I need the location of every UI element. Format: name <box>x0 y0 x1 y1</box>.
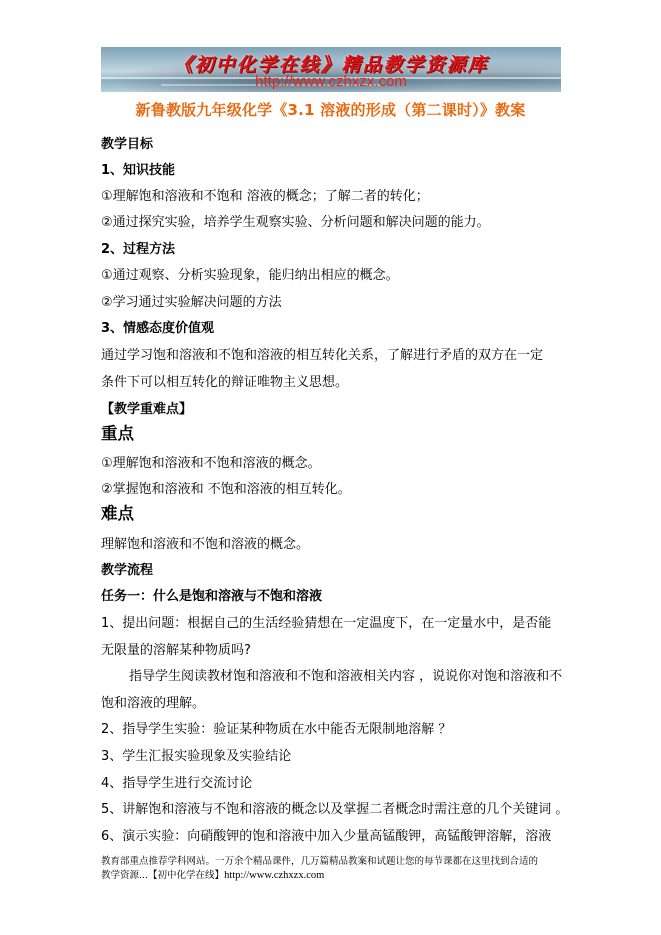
process-item: ②学习通过实验解决问题的方法 <box>101 295 282 311</box>
document-title: 新鲁教版九年级化学《3.1 溶液的形成（第二课时）》教案 <box>0 99 661 120</box>
attitude-text: 条件下可以相互转化的辩证唯物主义思想。 <box>101 375 348 391</box>
footer-promo-line2: 教学资源...【初中化学在线】http://www.czhxzx.com <box>101 870 324 882</box>
footer-link[interactable]: http://www.czhxzx.com <box>224 870 324 881</box>
task1-heading: 任务一：什么是饱和溶液与不饱和溶液 <box>101 589 322 605</box>
step-line: 5、讲解饱和溶液与不饱和溶液的概念以及掌握二者概念时需注意的几个关键词 。 <box>101 802 568 818</box>
knowledge-heading: 1、知识技能 <box>101 163 175 179</box>
objectives-heading: 教学目标 <box>101 137 153 153</box>
difficult-points-heading: 难点 <box>101 506 134 522</box>
process-heading: 2、过程方法 <box>101 242 175 258</box>
difficult-point-item: 理解饱和溶液和不饱和溶液的概念。 <box>101 537 309 553</box>
flow-heading: 教学流程 <box>101 563 153 579</box>
footer-promo-text: 教学资源...【初中化学在线】 <box>101 870 224 881</box>
attitude-heading: 3、情感态度价值观 <box>101 321 214 337</box>
key-points-heading: 重点 <box>101 426 134 442</box>
key-difficult-heading: 【教学重难点】 <box>101 402 192 418</box>
attitude-text: 通过学习饱和溶液和不饱和溶液的相互转化关系，了解进行矛盾的双方在一定 <box>101 348 543 364</box>
site-banner: 《初中化学在线》精品教学资源库 http://www.czhxzx.com <box>101 47 561 92</box>
step-line: 指导学生阅读教材饱和溶液和不饱和溶液相关内容 ，说说你对饱和溶液和不 <box>129 669 562 685</box>
step-line: 饱和溶液的理解。 <box>101 696 205 712</box>
footer-promo: 教育部重点推荐学科网站。一万余个精品课件，几万篇精品教案和试题让您的每节课都在这… <box>101 856 538 868</box>
knowledge-item: ①理解饱和溶液和不饱和 溶液的概念；了解二者的转化； <box>101 189 429 205</box>
key-point-item: ①理解饱和溶液和不饱和溶液的概念。 <box>101 456 321 472</box>
banner-url: http://www.czhxzx.com <box>101 73 561 90</box>
step-line: 2、指导学生实验：验证某种物质在水中能否无限制地溶解 ？ <box>101 722 451 738</box>
process-item: ①通过观察、分析实验现象，能归纳出相应的概念。 <box>101 268 399 284</box>
key-point-item: ②掌握饱和溶液和 不饱和溶液的相互转化。 <box>101 482 351 498</box>
step-line: 1、提出问题：根据自己的生活经验猜想在一定温度下，在一定量水中，是否能 <box>101 616 551 632</box>
knowledge-item: ②通过探究实验，培养学生观察实验、分析问题和解决问题的能力。 <box>101 215 490 231</box>
step-line: 无限量的溶解某种物质吗? <box>101 643 251 659</box>
document-page: 《初中化学在线》精品教学资源库 http://www.czhxzx.com 新鲁… <box>0 0 661 935</box>
step-line: 6、演示实验：向硝酸钾的饱和溶液中加入少量高锰酸钾，高锰酸钾溶解，溶液 <box>101 829 551 845</box>
step-line: 4、指导学生进行交流讨论 <box>101 776 252 792</box>
step-line: 3、学生汇报实验现象及实验结论 <box>101 749 291 765</box>
